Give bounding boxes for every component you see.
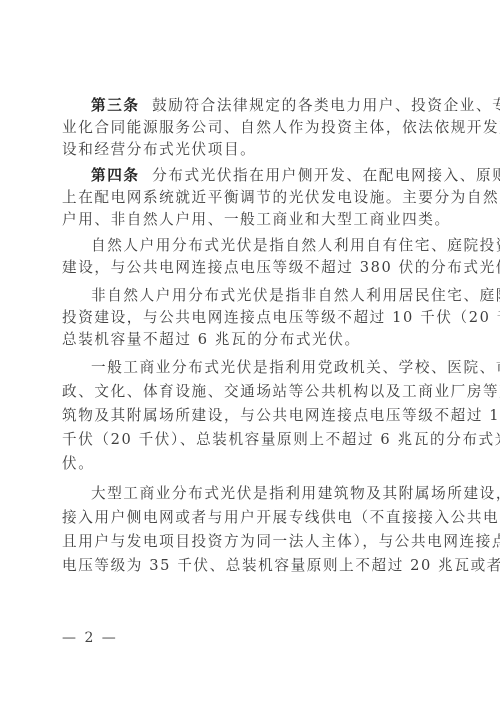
paragraph-3-line-5: 伏。 — [62, 454, 436, 474]
paragraph-3-line-2: 政、文化、体育设施、交通场站等公共机构以及工商业厂房等建 — [62, 382, 436, 402]
paragraph-1-line-2: 建设，与公共电网连接点电压等级不超过 380 伏的分布式光伏。 — [62, 258, 436, 278]
article-3-line-3: 设和经营分布式光伏项目。 — [62, 140, 436, 160]
article-4-line-1: 第四条 分布式光伏指在用户侧开发、在配电网接入、原则 — [91, 166, 436, 186]
paragraph-3-line-4: 千伏（20 千伏）、总装机容量原则上不超过 6 兆瓦的分布式光 — [62, 430, 436, 450]
article-4-heading: 第四条 — [91, 167, 140, 184]
document-page: 第三条 鼓励符合法律规定的各类电力用户、投资企业、专 业化合同能源服务公司、自然… — [0, 0, 500, 707]
paragraph-3-line-1: 一般工商业分布式光伏是指利用党政机关、学校、医院、市 — [91, 358, 436, 378]
paragraph-2-line-2: 投资建设，与公共电网连接点电压等级不超过 10 千伏（20 千伏）、 — [62, 308, 436, 328]
page-number: — 2 — — [62, 630, 118, 646]
paragraph-4-line-2: 接入用户侧电网或者与用户开展专线供电（不直接接入公共电网 — [62, 508, 436, 528]
paragraph-4-line-4: 电压等级为 35 千伏、总装机容量原则上不超过 20 兆瓦或者与公 — [62, 556, 436, 576]
paragraph-2-line-1: 非自然人户用分布式光伏是指非自然人利用居民住宅、庭院 — [91, 286, 436, 306]
paragraph-3-line-3: 筑物及其附属场所建设，与公共电网连接点电压等级不超过 10 — [62, 406, 436, 426]
article-3-line-1: 第三条 鼓励符合法律规定的各类电力用户、投资企业、专 — [91, 96, 436, 116]
article-4-line-3: 户用、非自然人户用、一般工商业和大型工商业四类。 — [62, 210, 436, 230]
article-3-line-2: 业化合同能源服务公司、自然人作为投资主体，依法依规开发建 — [62, 118, 436, 138]
article-4-line-2: 上在配电网系统就近平衡调节的光伏发电设施。主要分为自然人 — [62, 188, 436, 208]
article-3-heading: 第三条 — [91, 97, 140, 114]
paragraph-1-line-1: 自然人户用分布式光伏是指自然人利用自有住宅、庭院投资 — [91, 236, 436, 256]
paragraph-2-line-3: 总装机容量不超过 6 兆瓦的分布式光伏。 — [62, 330, 436, 350]
paragraph-4-line-1: 大型工商业分布式光伏是指利用建筑物及其附属场所建设， — [91, 484, 436, 504]
paragraph-4-line-3: 且用户与发电项目投资方为同一法人主体），与公共电网连接点 — [62, 532, 436, 552]
